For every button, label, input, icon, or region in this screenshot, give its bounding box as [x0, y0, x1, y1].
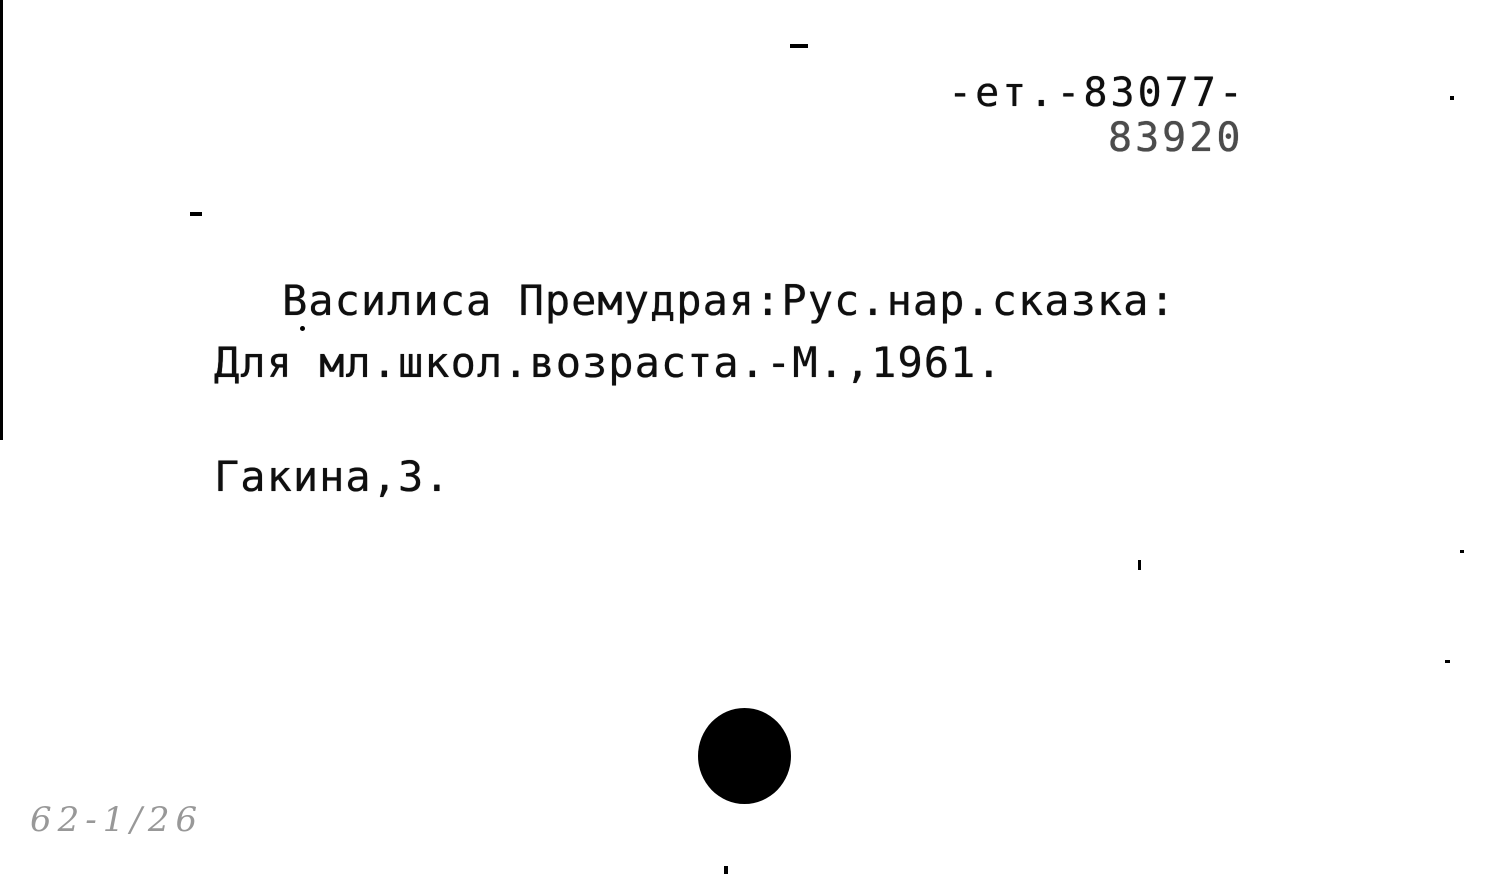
- shelf-mark-line1: -ет.-83077-: [948, 70, 1246, 116]
- card-left-edge: [0, 0, 3, 440]
- scan-speck: [1450, 96, 1454, 100]
- scan-speck: [190, 212, 202, 216]
- scan-speck: [1138, 560, 1141, 570]
- scan-speck: [1445, 660, 1450, 663]
- scan-speck: [790, 44, 808, 48]
- title-line1: Василиса Премудрая:Рус.нар.сказка:: [282, 276, 1176, 325]
- scan-speck: [1460, 550, 1464, 553]
- punch-hole-icon: [698, 708, 791, 804]
- scan-speck: [724, 866, 728, 874]
- handwritten-note: 62-1/26: [30, 800, 203, 840]
- catalog-card: -ет.-83077- 83920 Василиса Премудрая:Рус…: [0, 0, 1496, 888]
- shelf-mark-line2: 83920: [1108, 115, 1243, 161]
- author-line: Гакина,З.: [214, 452, 451, 501]
- title-line2: Для мл.школ.возраста.-М.,1961.: [214, 338, 1003, 387]
- scan-speck: [300, 326, 305, 331]
